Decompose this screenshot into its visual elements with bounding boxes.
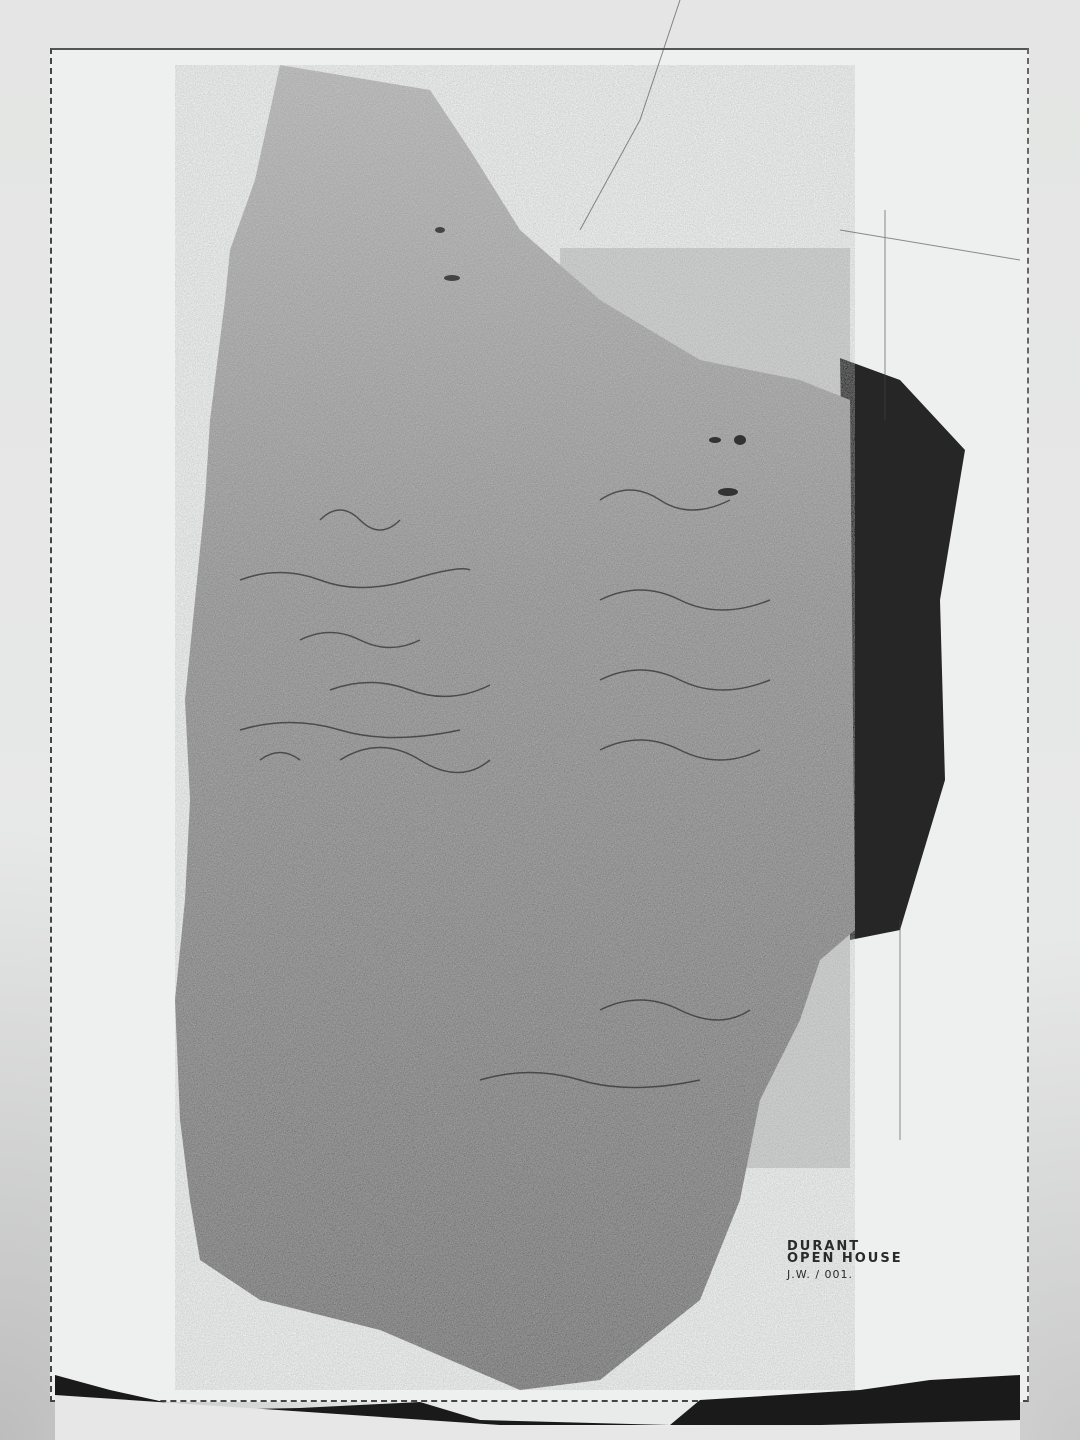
caption-title-line2: OPEN HOUSE xyxy=(787,1253,903,1265)
poster-caption: DURANT OPEN HOUSE J.W. / 001. xyxy=(787,1241,903,1281)
caption-code: J.W. / 001. xyxy=(787,1268,903,1281)
collage-artwork xyxy=(0,0,1080,1440)
